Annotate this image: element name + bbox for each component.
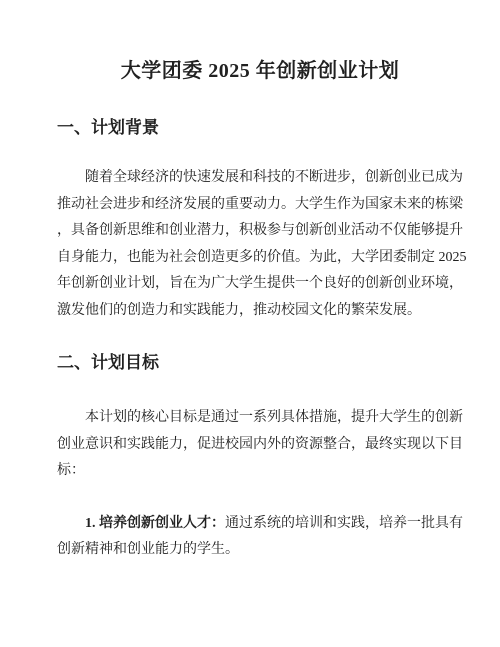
paragraph-line: 创业意识和实践能力，促进校园内外的资源整合，最终实现以下目: [57, 432, 463, 459]
list-item-line: 1. 培养创新创业人才：通过系统的培训和实践，培养一批具有: [57, 511, 463, 538]
paragraph-line: 随着全球经济的快速发展和科技的不断进步，创新创业已成为: [57, 165, 463, 192]
section-heading-goals: 二、计划目标: [57, 351, 463, 375]
paragraph-line: 年创新创业计划，旨在为广大学生提供一个良好的创新创业环境，: [57, 271, 463, 298]
section-heading-background: 一、计划背景: [57, 116, 463, 140]
list-item-line: 创新精神和创业能力的学生。: [57, 537, 463, 564]
paragraph-background: 随着全球经济的快速发展和科技的不断进步，创新创业已成为 推动社会进步和经济发展的…: [57, 165, 463, 324]
list-item-text: 通过系统的培训和实践，培养一批具有: [225, 516, 463, 531]
list-item-label: 1. 培养创新创业人才：: [85, 516, 225, 531]
paragraph-line: 本计划的核心目标是通过一系列具体措施，提升大学生的创新: [57, 405, 463, 432]
paragraph-line: 自身能力，也能为社会创造更多的价值。为此，大学团委制定 2025: [57, 245, 463, 272]
list-item-talent: 1. 培养创新创业人才：通过系统的培训和实践，培养一批具有 创新精神和创业能力的…: [57, 511, 463, 564]
document-title: 大学团委 2025 年创新创业计划: [57, 0, 463, 85]
paragraph-goals: 本计划的核心目标是通过一系列具体措施，提升大学生的创新 创业意识和实践能力，促进…: [57, 405, 463, 485]
document-body: 大学团委 2025 年创新创业计划 一、计划背景 随着全球经济的快速发展和科技的…: [0, 0, 500, 564]
document-page: 大学团委 2025 年创新创业计划 一、计划背景 随着全球经济的快速发展和科技的…: [0, 0, 500, 647]
paragraph-line: 标：: [57, 458, 463, 485]
paragraph-line: ，具备创新思维和创业潜力，积极参与创新创业活动不仅能够提升: [57, 218, 463, 245]
paragraph-line: 激发他们的创造力和实践能力，推动校园文化的繁荣发展。: [57, 298, 463, 325]
paragraph-line: 推动社会进步和经济发展的重要动力。大学生作为国家未来的栋梁: [57, 192, 463, 219]
